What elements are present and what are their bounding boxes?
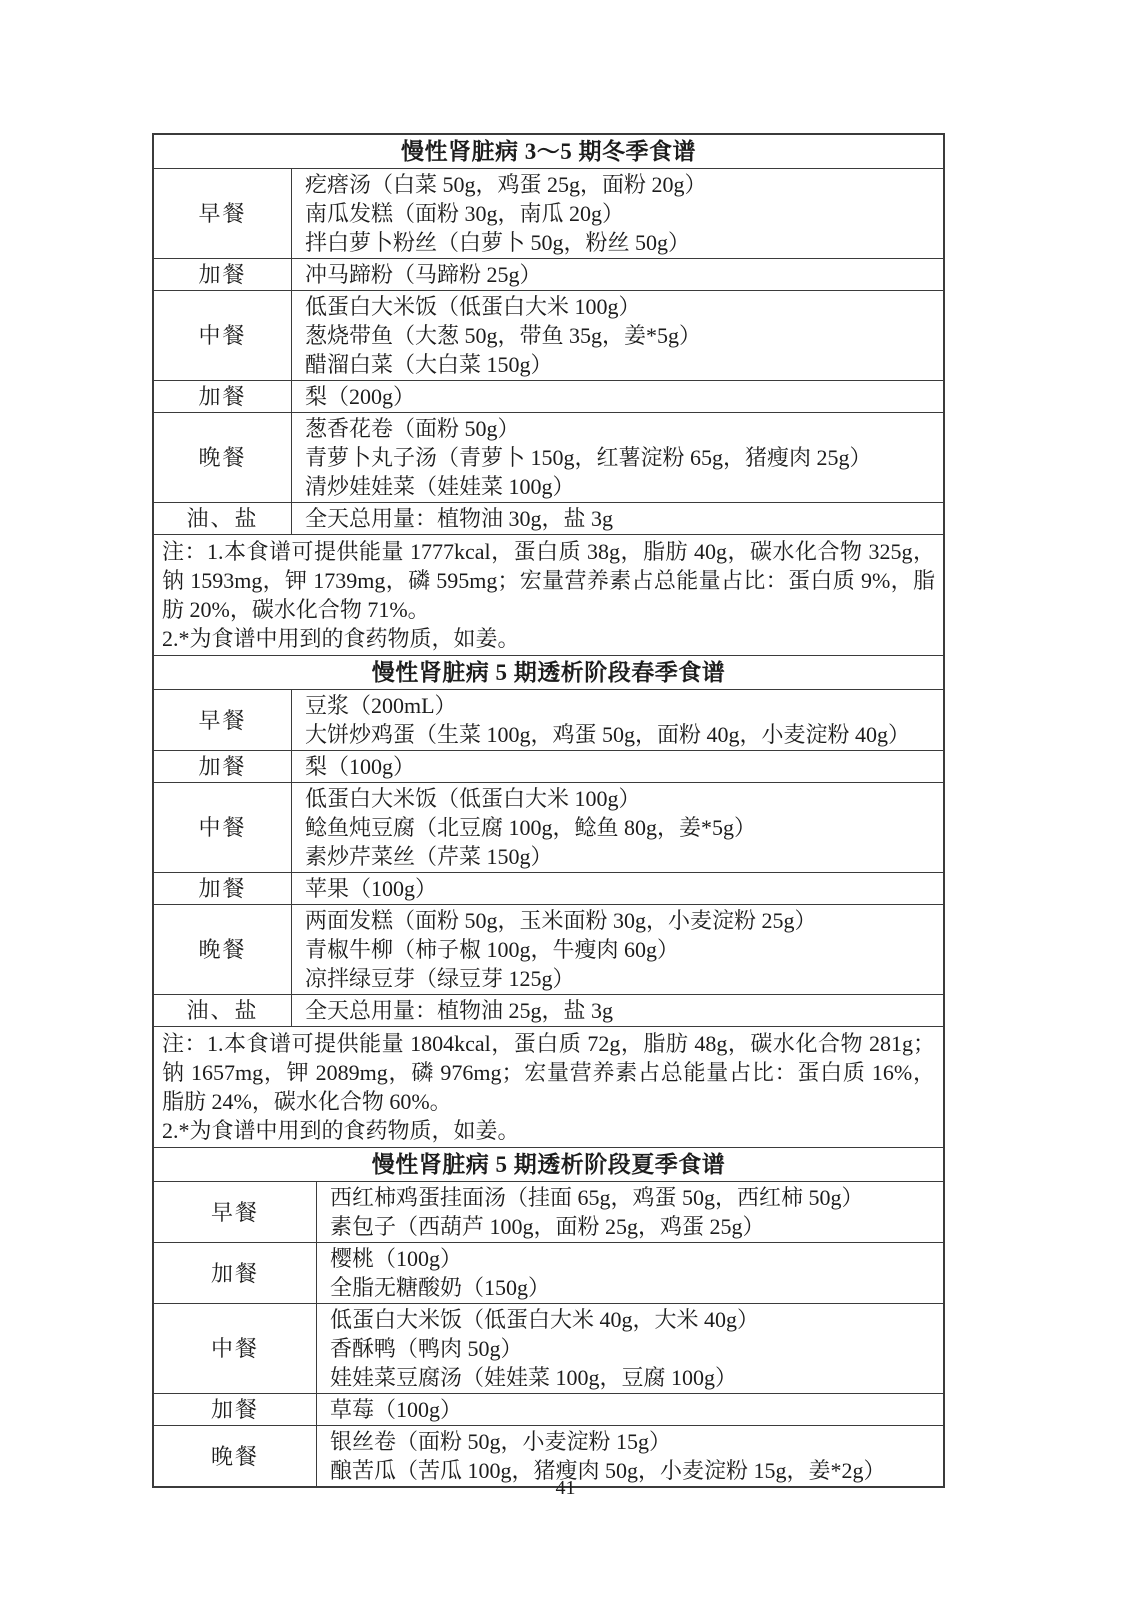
menu-items-cell: 西红柿鸡蛋挂面汤（挂面 65g，鸡蛋 50g，西红柿 50g）素包子（西葫芦 1… xyxy=(317,1182,943,1242)
menu-item: 拌白萝卜粉丝（白萝卜 50g，粉丝 50g） xyxy=(305,228,935,257)
meal-label-cell: 加餐 xyxy=(154,873,292,904)
menu-item: 低蛋白大米饭（低蛋白大米 100g） xyxy=(305,784,935,813)
menu-items-cell: 全天总用量：植物油 30g，盐 3g xyxy=(292,503,943,534)
menu-item: 梨（100g） xyxy=(305,752,935,781)
menu-items-cell: 梨（100g） xyxy=(292,751,943,782)
menu-item: 清炒娃娃菜（娃娃菜 100g） xyxy=(305,472,935,501)
menu-item: 葱香花卷（面粉 50g） xyxy=(305,414,935,443)
menu-item: 梨（200g） xyxy=(305,382,935,411)
menu-item: 豆浆（200mL） xyxy=(305,691,935,720)
menu-item: 香酥鸭（鸭肉 50g） xyxy=(330,1334,935,1363)
table-row: 加餐草莓（100g） xyxy=(154,1394,943,1426)
menu-item: 南瓜发糕（面粉 30g，南瓜 20g） xyxy=(305,199,935,228)
meal-label-cell: 早餐 xyxy=(154,690,292,750)
menu-item: 鲶鱼炖豆腐（北豆腐 100g，鲶鱼 80g，姜*5g） xyxy=(305,813,935,842)
meal-plan-tables: 慢性肾脏病 3～5 期冬季食谱早餐疙瘩汤（白菜 50g，鸡蛋 25g，面粉 20… xyxy=(152,133,945,1488)
meal-table: 慢性肾脏病 5 期透析阶段春季食谱早餐豆浆（200mL）大饼炒鸡蛋（生菜 100… xyxy=(154,656,943,1148)
table-row: 加餐冲马蹄粉（马蹄粉 25g） xyxy=(154,259,943,291)
menu-item: 全天总用量：植物油 30g，盐 3g xyxy=(305,504,935,533)
table-row: 油、盐全天总用量：植物油 30g，盐 3g xyxy=(154,503,943,535)
meal-label-cell: 油、盐 xyxy=(154,995,292,1026)
note-line: 2.*为食谱中用到的食药物质，如姜。 xyxy=(162,624,935,653)
table-row: 加餐苹果（100g） xyxy=(154,873,943,905)
menu-items-cell: 草莓（100g） xyxy=(317,1394,943,1425)
meal-label-cell: 早餐 xyxy=(154,169,292,258)
menu-item: 银丝卷（面粉 50g，小麦淀粉 15g） xyxy=(330,1427,935,1456)
menu-item: 青椒牛柳（柿子椒 100g，牛瘦肉 60g） xyxy=(305,935,935,964)
menu-item: 疙瘩汤（白菜 50g，鸡蛋 25g，面粉 20g） xyxy=(305,170,935,199)
table-row: 油、盐全天总用量：植物油 25g，盐 3g xyxy=(154,995,943,1027)
menu-items-cell: 豆浆（200mL）大饼炒鸡蛋（生菜 100g，鸡蛋 50g，面粉 40g，小麦淀… xyxy=(292,690,943,750)
meal-table: 慢性肾脏病 5 期透析阶段夏季食谱早餐西红柿鸡蛋挂面汤（挂面 65g，鸡蛋 50… xyxy=(154,1148,943,1486)
table-row: 晚餐葱香花卷（面粉 50g）青萝卜丸子汤（青萝卜 150g，红薯淀粉 65g，猪… xyxy=(154,413,943,503)
menu-items-cell: 全天总用量：植物油 25g，盐 3g xyxy=(292,995,943,1026)
menu-item: 全天总用量：植物油 25g，盐 3g xyxy=(305,996,935,1025)
menu-items-cell: 低蛋白大米饭（低蛋白大米 100g）鲶鱼炖豆腐（北豆腐 100g，鲶鱼 80g，… xyxy=(292,783,943,872)
table-row: 加餐樱桃（100g）全脂无糖酸奶（150g） xyxy=(154,1243,943,1304)
table-row: 早餐豆浆（200mL）大饼炒鸡蛋（生菜 100g，鸡蛋 50g，面粉 40g，小… xyxy=(154,690,943,751)
menu-items-cell: 冲马蹄粉（马蹄粉 25g） xyxy=(292,259,943,290)
meal-label-cell: 加餐 xyxy=(154,1243,317,1303)
meal-label-cell: 加餐 xyxy=(154,259,292,290)
meal-label-cell: 早餐 xyxy=(154,1182,317,1242)
menu-item: 两面发糕（面粉 50g，玉米面粉 30g，小麦淀粉 25g） xyxy=(305,906,935,935)
menu-item: 娃娃菜豆腐汤（娃娃菜 100g，豆腐 100g） xyxy=(330,1363,935,1392)
menu-item: 低蛋白大米饭（低蛋白大米 100g） xyxy=(305,292,935,321)
menu-items-cell: 葱香花卷（面粉 50g）青萝卜丸子汤（青萝卜 150g，红薯淀粉 65g，猪瘦肉… xyxy=(292,413,943,502)
meal-table: 慢性肾脏病 3～5 期冬季食谱早餐疙瘩汤（白菜 50g，鸡蛋 25g，面粉 20… xyxy=(154,135,943,656)
meal-label-cell: 加餐 xyxy=(154,751,292,782)
menu-item: 低蛋白大米饭（低蛋白大米 40g，大米 40g） xyxy=(330,1305,935,1334)
menu-item: 全脂无糖酸奶（150g） xyxy=(330,1273,935,1302)
menu-items-cell: 苹果（100g） xyxy=(292,873,943,904)
note-line: 2.*为食谱中用到的食药物质，如姜。 xyxy=(162,1116,935,1145)
meal-label-cell: 加餐 xyxy=(154,1394,317,1425)
meal-label-cell: 加餐 xyxy=(154,381,292,412)
notes-cell: 注：1.本食谱可提供能量 1777kcal，蛋白质 38g，脂肪 40g，碳水化… xyxy=(154,535,943,656)
menu-item: 大饼炒鸡蛋（生菜 100g，鸡蛋 50g，面粉 40g，小麦淀粉 40g） xyxy=(305,720,935,749)
note-line: 注：1.本食谱可提供能量 1777kcal，蛋白质 38g，脂肪 40g，碳水化… xyxy=(162,537,935,624)
meal-label-cell: 晚餐 xyxy=(154,905,292,994)
document-page: 慢性肾脏病 3～5 期冬季食谱早餐疙瘩汤（白菜 50g，鸡蛋 25g，面粉 20… xyxy=(0,0,1131,1600)
meal-label-cell: 油、盐 xyxy=(154,503,292,534)
table-row: 早餐西红柿鸡蛋挂面汤（挂面 65g，鸡蛋 50g，西红柿 50g）素包子（西葫芦… xyxy=(154,1182,943,1243)
menu-items-cell: 低蛋白大米饭（低蛋白大米 100g）葱烧带鱼（大葱 50g，带鱼 35g，姜*5… xyxy=(292,291,943,380)
meal-label-cell: 中餐 xyxy=(154,291,292,380)
menu-items-cell: 低蛋白大米饭（低蛋白大米 40g，大米 40g）香酥鸭（鸭肉 50g）娃娃菜豆腐… xyxy=(317,1304,943,1393)
table-title: 慢性肾脏病 3～5 期冬季食谱 xyxy=(154,135,943,169)
meal-label-cell: 晚餐 xyxy=(154,413,292,502)
page-number: 41 xyxy=(0,1476,1131,1500)
menu-items-cell: 疙瘩汤（白菜 50g，鸡蛋 25g，面粉 20g）南瓜发糕（面粉 30g，南瓜 … xyxy=(292,169,943,258)
table-row: 加餐梨（200g） xyxy=(154,381,943,413)
note-line: 注：1.本食谱可提供能量 1804kcal，蛋白质 72g，脂肪 48g，碳水化… xyxy=(162,1029,935,1116)
notes-cell: 注：1.本食谱可提供能量 1804kcal，蛋白质 72g，脂肪 48g，碳水化… xyxy=(154,1027,943,1148)
menu-items-cell: 两面发糕（面粉 50g，玉米面粉 30g，小麦淀粉 25g）青椒牛柳（柿子椒 1… xyxy=(292,905,943,994)
menu-item: 凉拌绿豆芽（绿豆芽 125g） xyxy=(305,964,935,993)
table-row: 早餐疙瘩汤（白菜 50g，鸡蛋 25g，面粉 20g）南瓜发糕（面粉 30g，南… xyxy=(154,169,943,259)
menu-item: 草莓（100g） xyxy=(330,1395,935,1424)
table-row: 晚餐两面发糕（面粉 50g，玉米面粉 30g，小麦淀粉 25g）青椒牛柳（柿子椒… xyxy=(154,905,943,995)
table-row: 加餐梨（100g） xyxy=(154,751,943,783)
menu-item: 青萝卜丸子汤（青萝卜 150g，红薯淀粉 65g，猪瘦肉 25g） xyxy=(305,443,935,472)
menu-item: 冲马蹄粉（马蹄粉 25g） xyxy=(305,260,935,289)
meal-label-cell: 中餐 xyxy=(154,1304,317,1393)
menu-item: 西红柿鸡蛋挂面汤（挂面 65g，鸡蛋 50g，西红柿 50g） xyxy=(330,1183,935,1212)
meal-label-cell: 中餐 xyxy=(154,783,292,872)
menu-item: 素炒芹菜丝（芹菜 150g） xyxy=(305,842,935,871)
menu-item: 素包子（西葫芦 100g，面粉 25g，鸡蛋 25g） xyxy=(330,1212,935,1241)
menu-items-cell: 樱桃（100g）全脂无糖酸奶（150g） xyxy=(317,1243,943,1303)
table-row: 中餐低蛋白大米饭（低蛋白大米 40g，大米 40g）香酥鸭（鸭肉 50g）娃娃菜… xyxy=(154,1304,943,1394)
table-title: 慢性肾脏病 5 期透析阶段夏季食谱 xyxy=(154,1148,943,1182)
table-row: 中餐低蛋白大米饭（低蛋白大米 100g）葱烧带鱼（大葱 50g，带鱼 35g，姜… xyxy=(154,291,943,381)
table-title: 慢性肾脏病 5 期透析阶段春季食谱 xyxy=(154,656,943,690)
menu-item: 葱烧带鱼（大葱 50g，带鱼 35g，姜*5g） xyxy=(305,321,935,350)
menu-items-cell: 梨（200g） xyxy=(292,381,943,412)
menu-item: 醋溜白菜（大白菜 150g） xyxy=(305,350,935,379)
menu-item: 樱桃（100g） xyxy=(330,1244,935,1273)
menu-item: 苹果（100g） xyxy=(305,874,935,903)
table-row: 中餐低蛋白大米饭（低蛋白大米 100g）鲶鱼炖豆腐（北豆腐 100g，鲶鱼 80… xyxy=(154,783,943,873)
